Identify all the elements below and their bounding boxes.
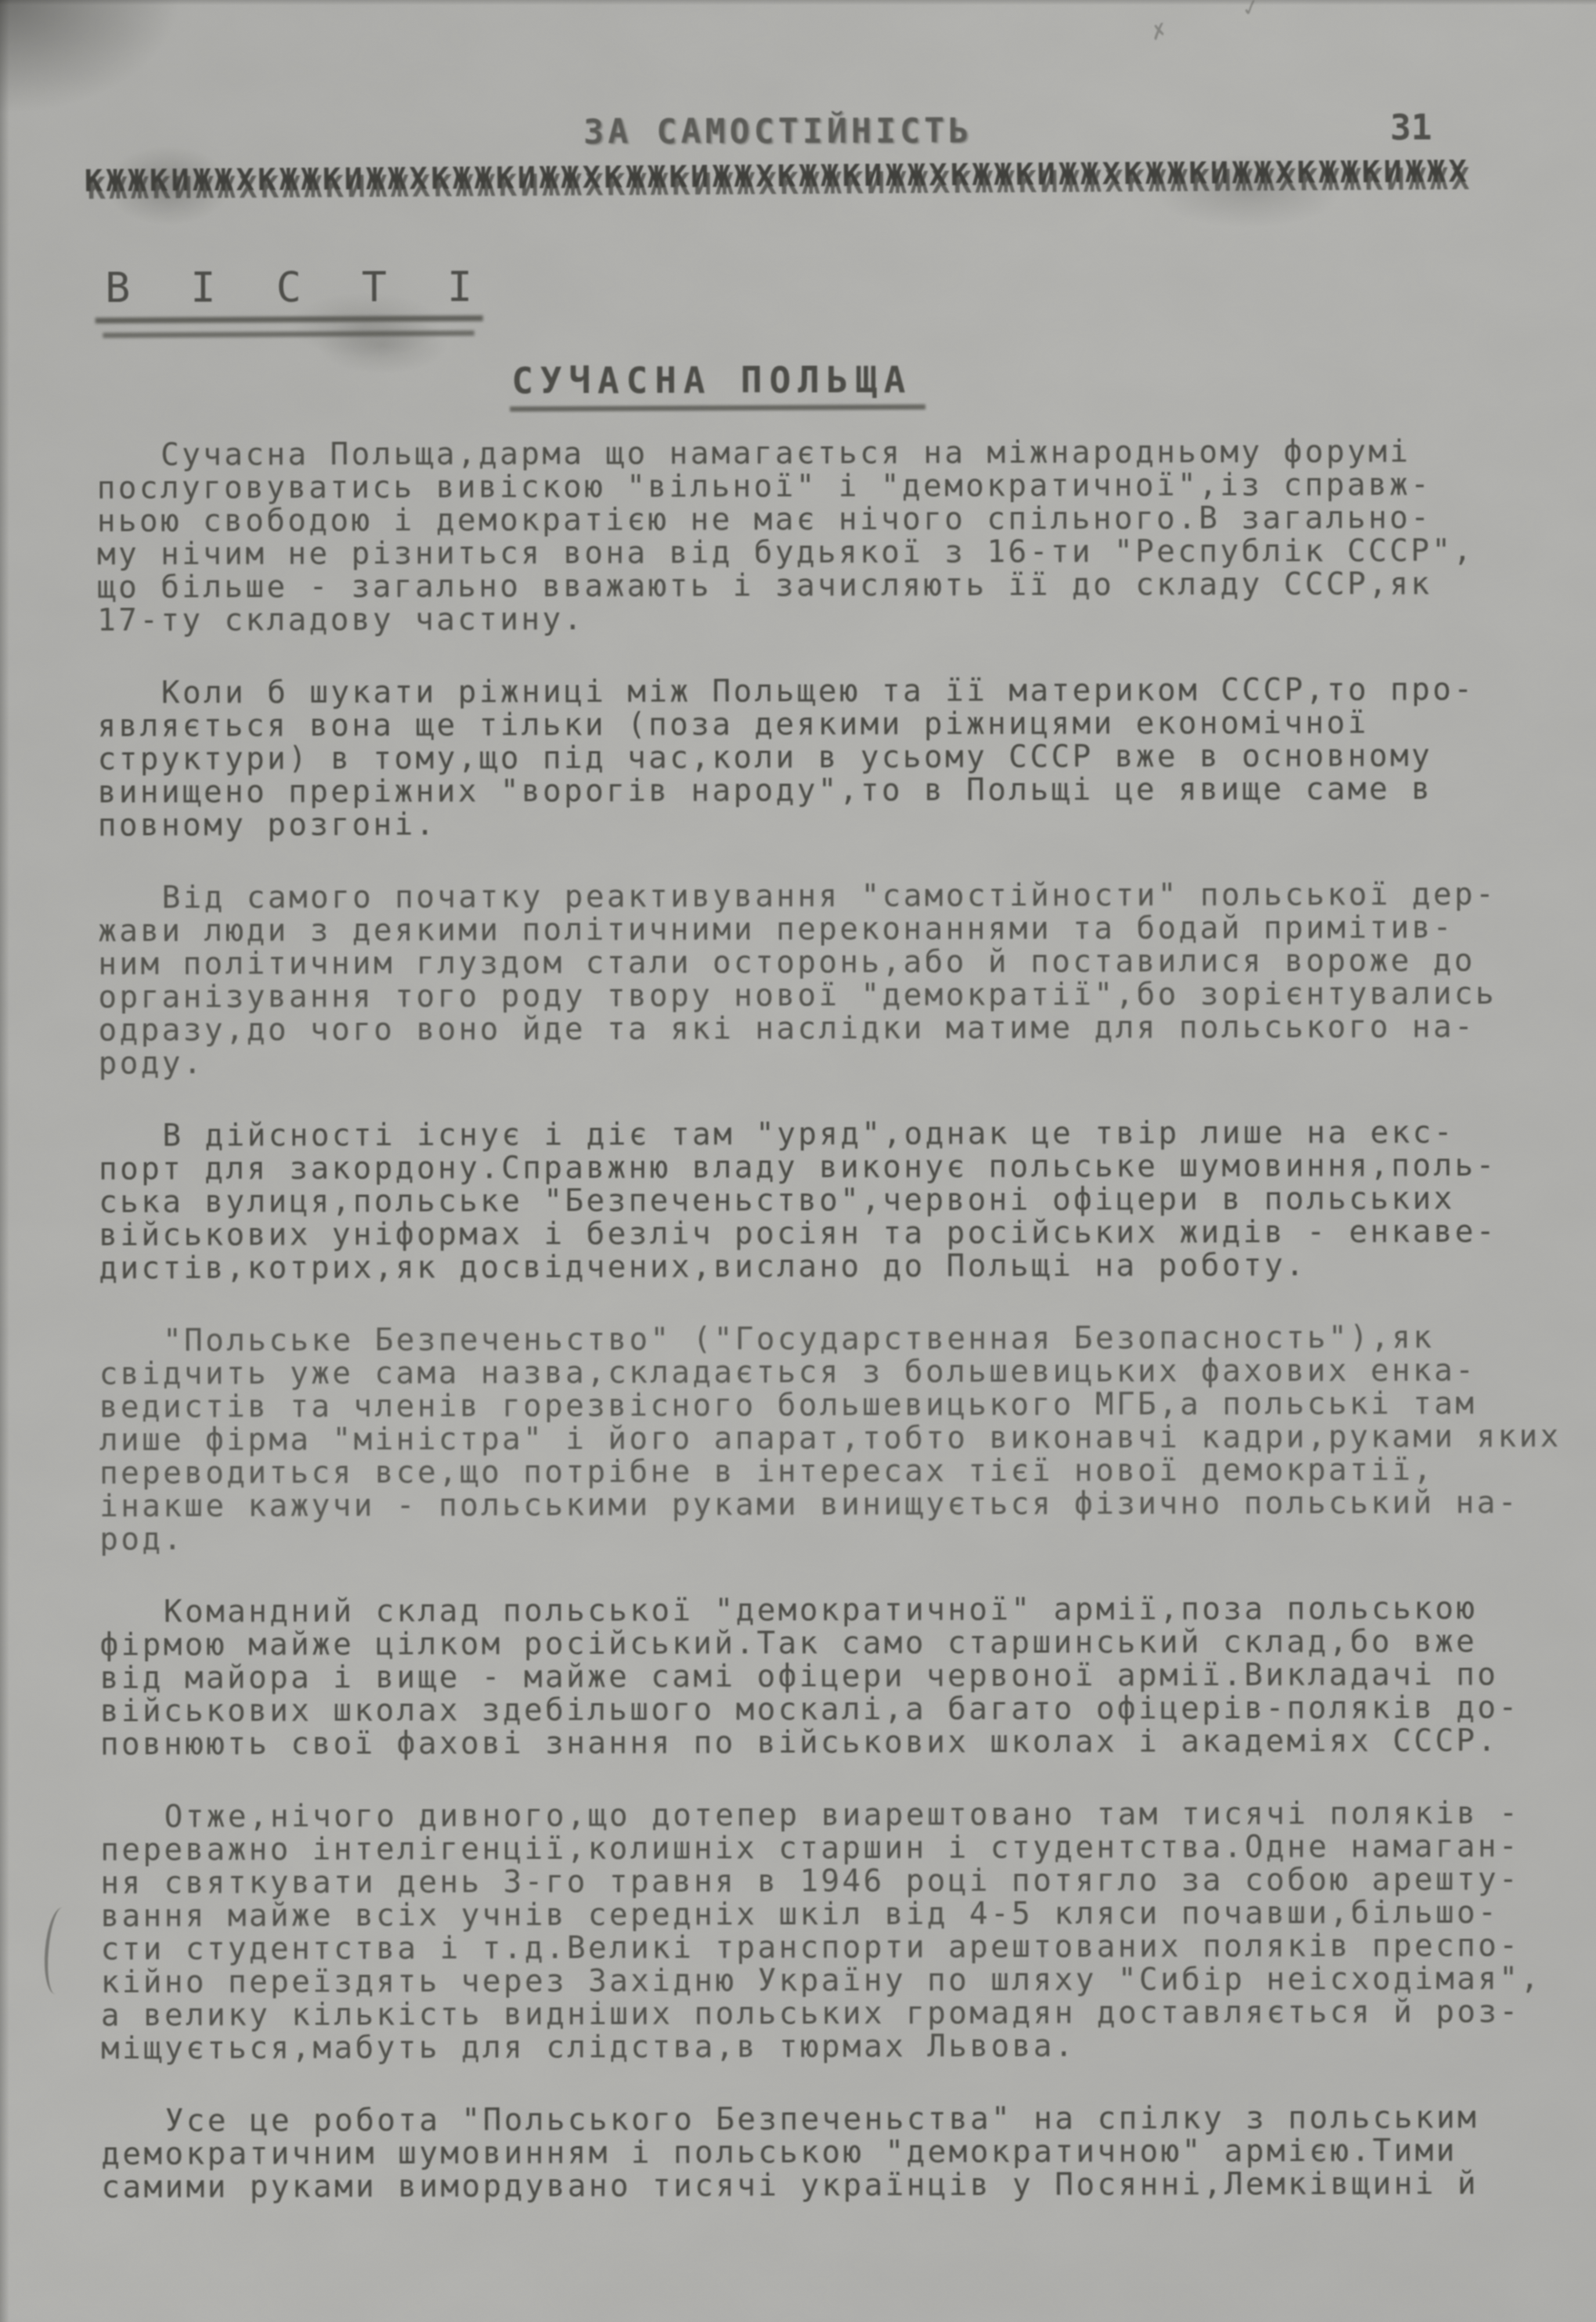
paragraph-4: В дійсності існує і діє там "уряд",однак… [99,1115,1588,1285]
page-content: ЗА САМОСТІЙНІСТЬ 31 КЖЖКИЖЖХКЖЖКИЖЖХКЖЖК… [0,0,1596,2322]
section-heading-underline-2 [103,330,474,338]
paragraph-8: Усе це робота "Польського Безпеченьства"… [101,2100,1590,2204]
article-body: Сучасна Польща,дарма що намагається на м… [97,434,1590,2204]
paragraph-1: Сучасна Польща,дарма що намагається на м… [97,434,1586,637]
pencil-mark-icon: ✗ ✓ [1147,0,1292,46]
section-heading-underline-1 [95,315,483,323]
paragraph-7: Отже,нічого дивного,що дотепер виарештов… [100,1796,1590,2065]
paragraph-5: "Польське Безпеченьство" ("Государственн… [99,1320,1588,1556]
article-title: СУЧАСНА ПОЛЬЩА [511,358,912,402]
section-heading-visti: ВІСТІ [105,262,533,312]
paragraph-6: Командний склад польської "демократичної… [100,1591,1589,1761]
paragraph-2: Коли б шукати ріжниці між Польщею та її … [98,672,1587,842]
paragraph-3: Від самого початку реактивування "самост… [98,877,1587,1080]
article-title-underline [510,404,926,412]
margin-pen-stroke [41,1906,72,1995]
typewriter-ornament-rule: КЖЖКИЖЖХКЖЖКИЖЖХКЖЖКИЖЖХКЖЖКИЖЖХКЖЖКИЖЖХ… [84,154,1489,218]
scanned-document-page: ЗА САМОСТІЙНІСТЬ 31 КЖЖКИЖЖХКЖЖКИЖЖХКЖЖК… [0,0,1596,2322]
page-number: 31 [1390,107,1432,148]
masthead-title: ЗА САМОСТІЙНІСТЬ [583,111,973,152]
